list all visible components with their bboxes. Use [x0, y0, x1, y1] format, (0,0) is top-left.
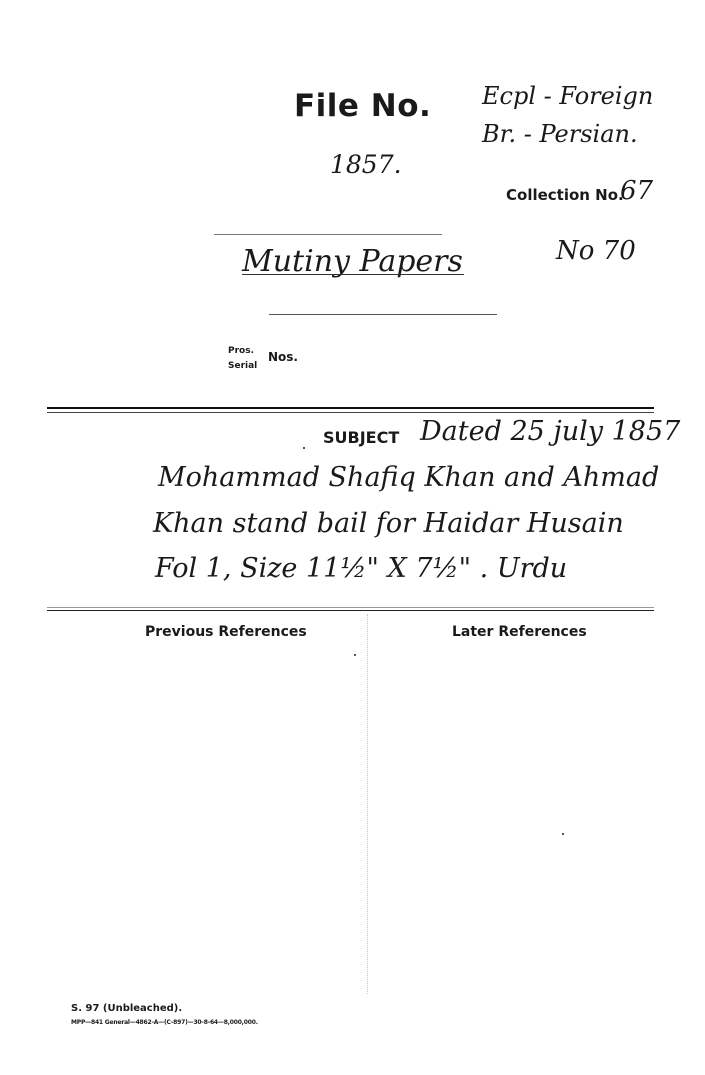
- subject-label: SUBJECT: [323, 428, 399, 447]
- subject-date: Dated 25 july 1857: [420, 416, 680, 447]
- references-column-divider: [367, 614, 368, 994]
- subject-line: Mohammad Shafiq Khan and Ahmad: [158, 462, 659, 493]
- subject-line: Khan stand bail for Haidar Husain: [153, 508, 624, 539]
- print-line: MPP—841 General—4862-A—(C-897)—30-8-64—8…: [71, 1019, 258, 1026]
- paper-speck: [562, 833, 564, 835]
- paper-speck: [303, 447, 305, 449]
- collection-value: 67: [620, 176, 653, 206]
- subject-bottom-rule: [47, 607, 654, 608]
- collection-label: Collection No.: [506, 186, 624, 204]
- file-year: 1857.: [330, 150, 402, 179]
- previous-references-area: [47, 650, 365, 990]
- divider-rule: [269, 314, 497, 315]
- nos-label: Nos.: [268, 350, 298, 364]
- form-code: S. 97 (Unbleached).: [71, 1003, 182, 1014]
- later-references-area: [369, 650, 654, 990]
- title-underline: [242, 274, 464, 275]
- pros-label: Pros.: [228, 345, 254, 357]
- subject-top-rule: [47, 407, 654, 409]
- file-no-label: File No.: [294, 88, 431, 124]
- previous-references-heading: Previous References: [145, 624, 307, 640]
- paper-speck: [354, 654, 356, 656]
- department-line-2: Br. - Persian.: [482, 120, 638, 148]
- department-line-1: Ecpl - Foreign: [482, 82, 653, 110]
- divider-rule: [214, 234, 442, 235]
- subject-line: Fol 1, Size 11½" X 7½" . Urdu: [155, 553, 567, 584]
- file-number: No 70: [556, 236, 636, 266]
- serial-label: Serial: [228, 360, 257, 372]
- subject-top-rule: [47, 412, 654, 413]
- subject-bottom-rule: [47, 610, 654, 611]
- later-references-heading: Later References: [452, 624, 587, 640]
